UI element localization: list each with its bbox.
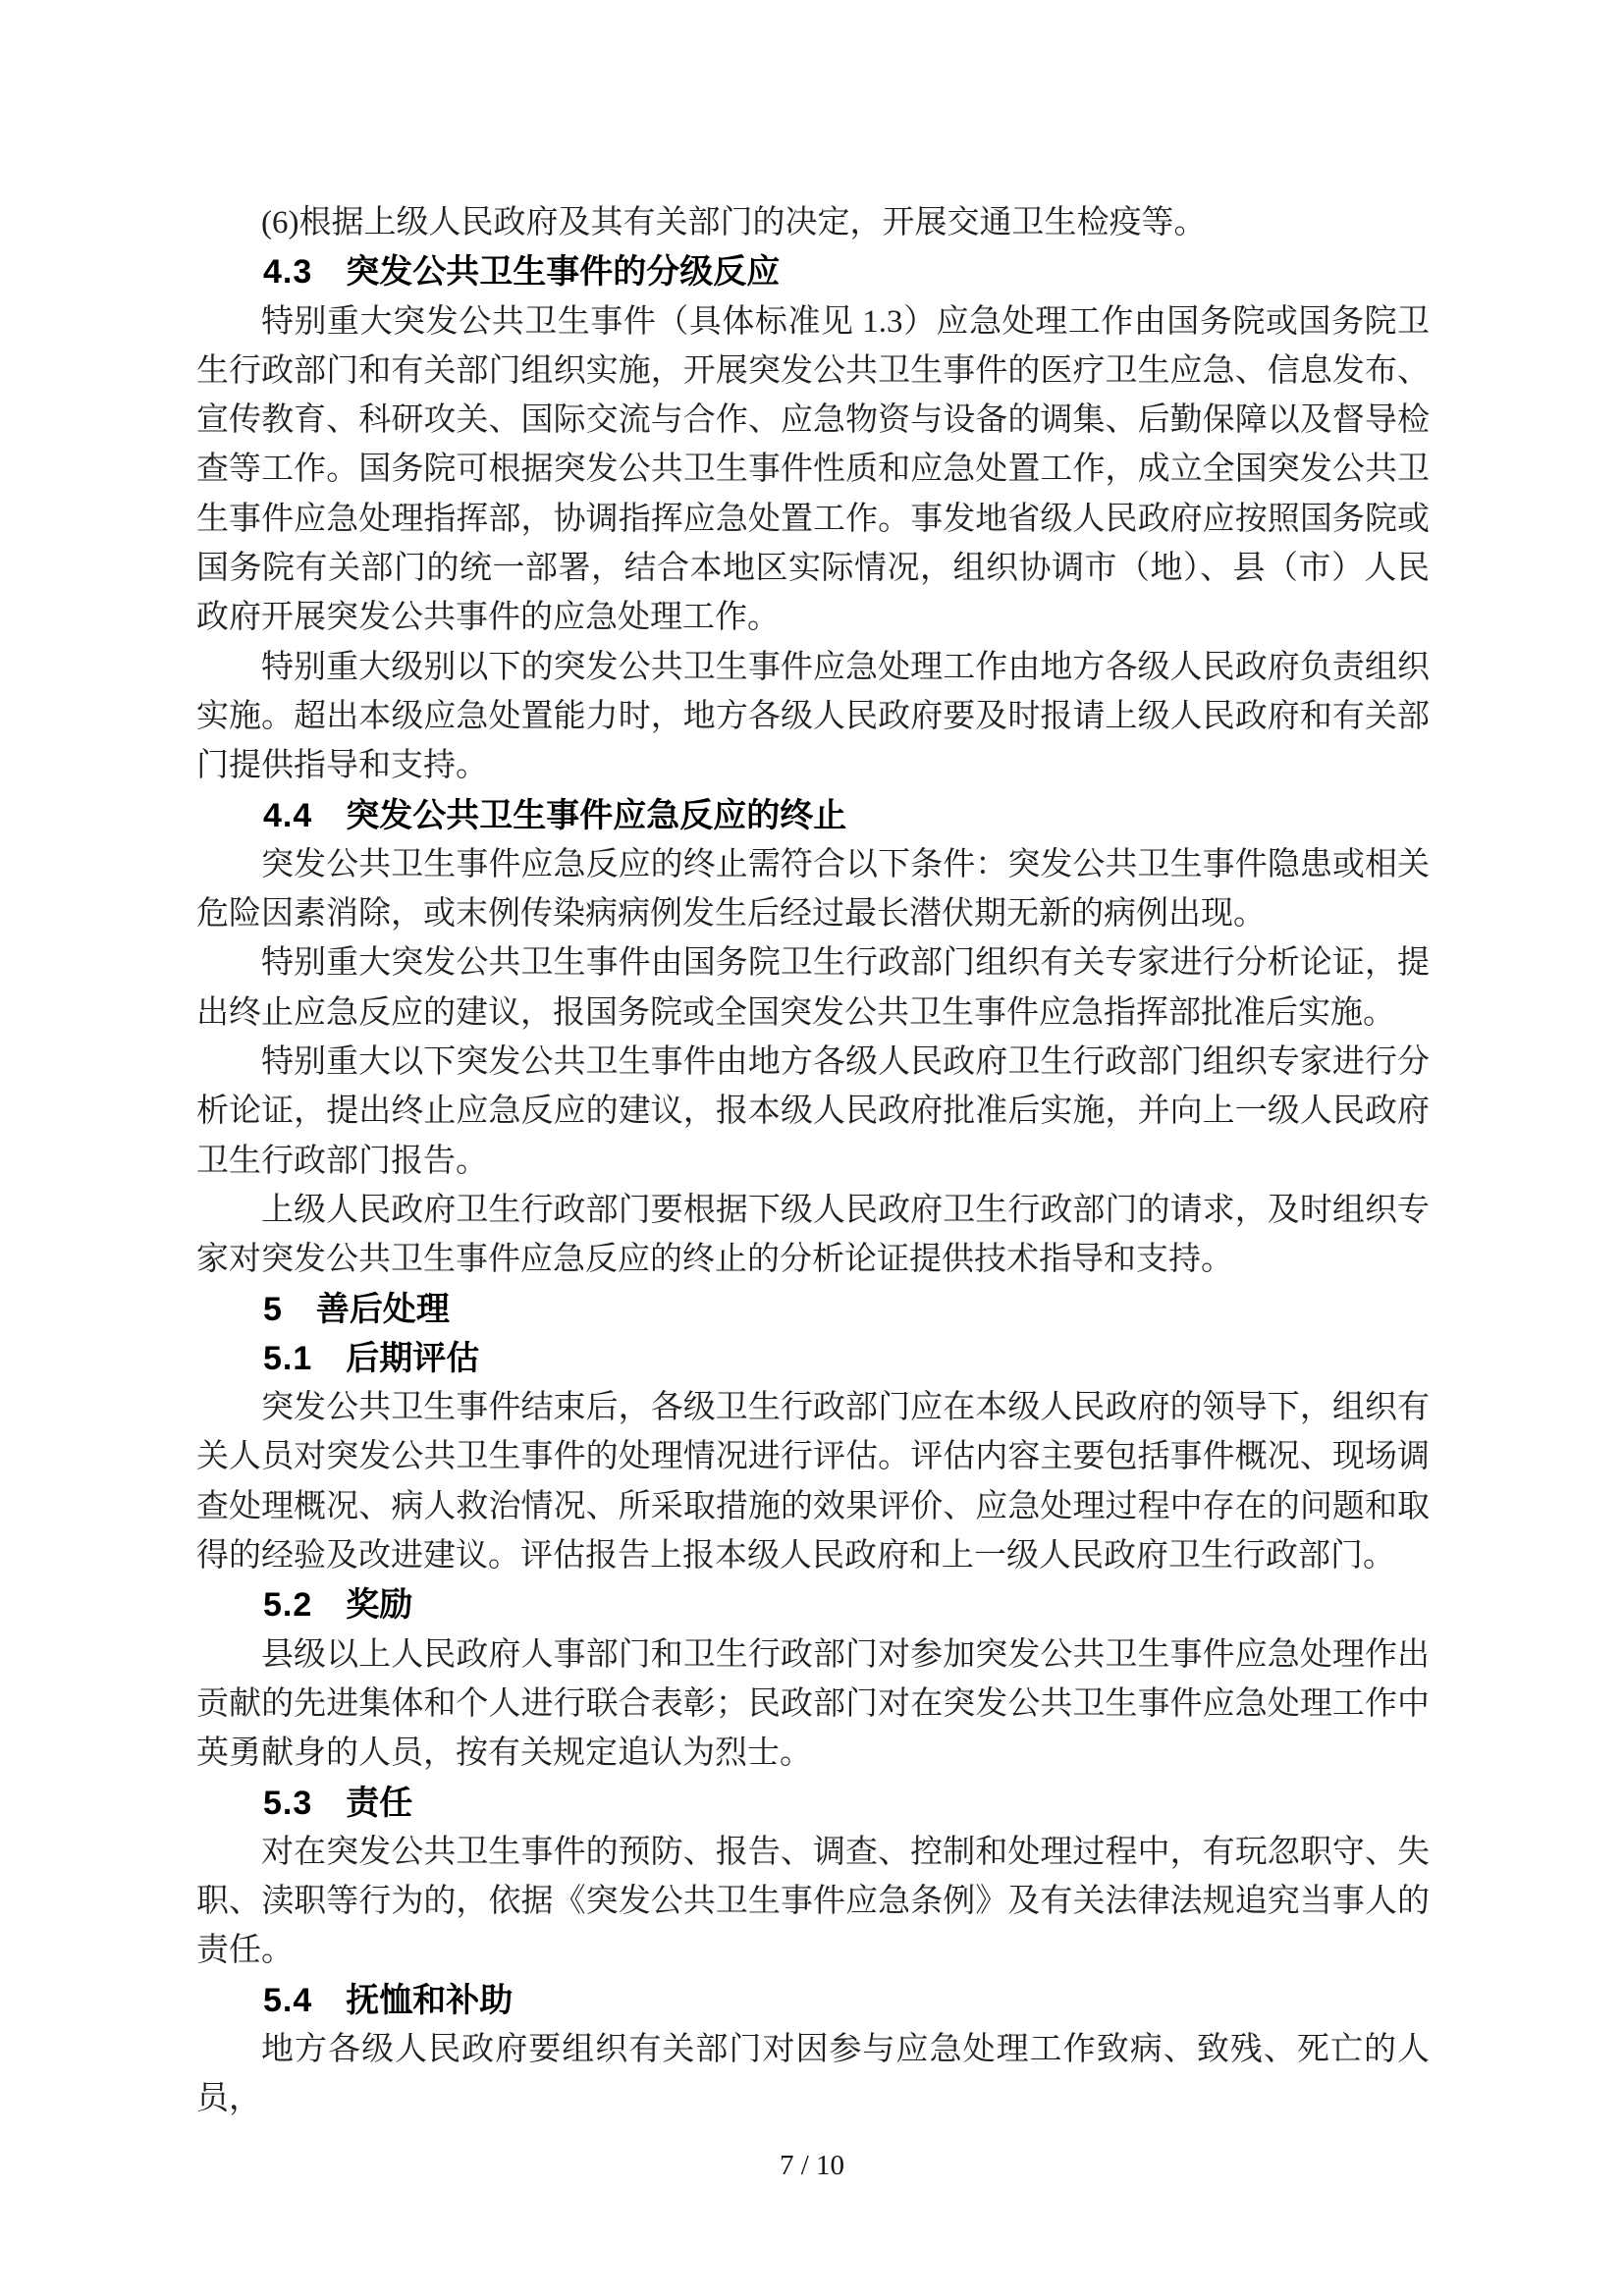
heading-number: 4.4 bbox=[263, 797, 312, 834]
heading-number: 4.3 bbox=[263, 253, 312, 291]
heading-title: 善后处理 bbox=[316, 1291, 450, 1328]
paragraph: 对在突发公共卫生事件的预防、报告、调查、控制和处理过程中，有玩忽职守、失职、渎职… bbox=[196, 1828, 1430, 1976]
heading-number: 5.2 bbox=[263, 1586, 312, 1624]
heading-title: 突发公共卫生事件应急反应的终止 bbox=[346, 797, 846, 834]
paragraph: 特别重大突发公共卫生事件（具体标准见 1.3）应急处理工作由国务院或国务院卫生行… bbox=[196, 297, 1430, 643]
document-body: (6)根据上级人民政府及其有关部门的决定，开展交通卫生检疫等。4.3突发公共卫生… bbox=[196, 198, 1430, 2124]
page-number: 7 / 10 bbox=[0, 2150, 1624, 2182]
section-heading-5: 5善后处理 bbox=[196, 1285, 1430, 1334]
section-heading-5-4: 5.4抚恤和补助 bbox=[196, 1976, 1430, 2025]
heading-number: 5.4 bbox=[263, 1982, 312, 2019]
paragraph: 特别重大级别以下的突发公共卫生事件应急处理工作由地方各级人民政府负责组织实施。超… bbox=[196, 643, 1430, 791]
heading-title: 责任 bbox=[346, 1785, 412, 1822]
heading-title: 奖励 bbox=[346, 1586, 412, 1624]
document-page: (6)根据上级人民政府及其有关部门的决定，开展交通卫生检疫等。4.3突发公共卫生… bbox=[0, 0, 1624, 2296]
heading-number: 5 bbox=[263, 1291, 283, 1328]
section-heading-5-2: 5.2奖励 bbox=[196, 1580, 1430, 1629]
paragraph: 县级以上人民政府人事部门和卫生行政部门对参加突发公共卫生事件应急处理作出贡献的先… bbox=[196, 1630, 1430, 1779]
paragraph: 突发公共卫生事件应急反应的终止需符合以下条件：突发公共卫生事件隐患或相关危险因素… bbox=[196, 840, 1430, 939]
heading-title: 抚恤和补助 bbox=[346, 1982, 513, 2019]
paragraph: (6)根据上级人民政府及其有关部门的决定，开展交通卫生检疫等。 bbox=[196, 198, 1430, 247]
heading-title: 后期评估 bbox=[346, 1340, 479, 1377]
heading-number: 5.1 bbox=[263, 1340, 312, 1377]
heading-title: 突发公共卫生事件的分级反应 bbox=[346, 253, 780, 291]
section-heading-4-4: 4.4突发公共卫生事件应急反应的终止 bbox=[196, 791, 1430, 840]
paragraph: 特别重大以下突发公共卫生事件由地方各级人民政府卫生行政部门组织专家进行分析论证，… bbox=[196, 1038, 1430, 1186]
section-heading-5-1: 5.1后期评估 bbox=[196, 1334, 1430, 1383]
section-heading-5-3: 5.3责任 bbox=[196, 1779, 1430, 1828]
paragraph: 上级人民政府卫生行政部门要根据下级人民政府卫生行政部门的请求，及时组织专家对突发… bbox=[196, 1186, 1430, 1285]
paragraph: 地方各级人民政府要组织有关部门对因参与应急处理工作致病、致残、死亡的人员， bbox=[196, 2025, 1430, 2124]
heading-number: 5.3 bbox=[263, 1785, 312, 1822]
paragraph: 特别重大突发公共卫生事件由国务院卫生行政部门组织有关专家进行分析论证，提出终止应… bbox=[196, 938, 1430, 1038]
section-heading-4-3: 4.3突发公共卫生事件的分级反应 bbox=[196, 247, 1430, 296]
paragraph: 突发公共卫生事件结束后，各级卫生行政部门应在本级人民政府的领导下，组织有关人员对… bbox=[196, 1383, 1430, 1580]
